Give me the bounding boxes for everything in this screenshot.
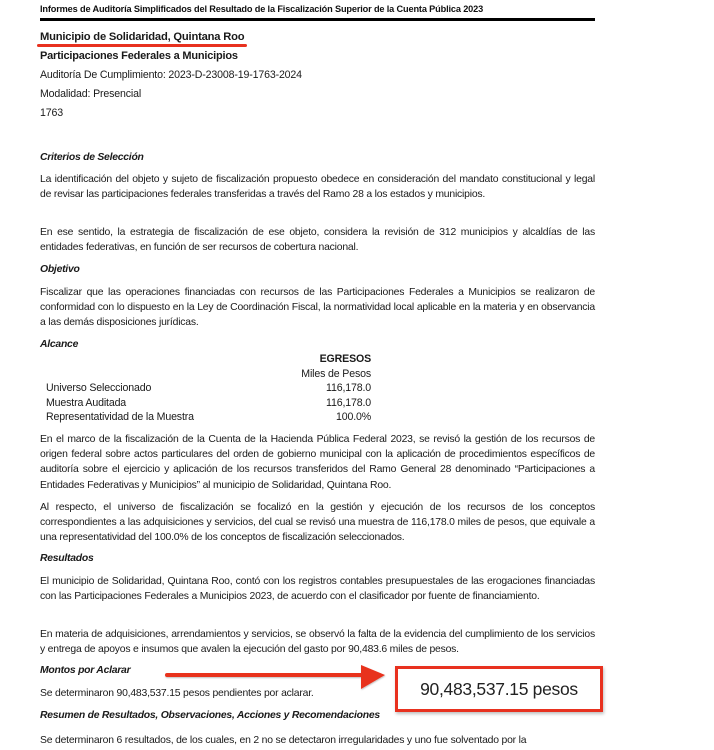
section-title-objetivo: Objetivo (40, 264, 80, 275)
paragraph-objetivo: Fiscalizar que las operaciones financiad… (40, 285, 595, 331)
row-label: Universo Seleccionado (46, 381, 151, 396)
paragraph-resultados-2: En materia de adquisiciones, arrendamien… (40, 627, 595, 657)
row-label: Representatividad de la Muestra (46, 410, 194, 425)
table-subheader-units: Miles de Pesos (46, 367, 371, 382)
section-title-criterios: Criterios de Selección (40, 152, 144, 163)
right-arrow-icon (163, 664, 388, 692)
row-label: Muestra Auditada (46, 396, 126, 411)
modalidad: Modalidad: Presencial (40, 88, 141, 100)
paragraph-criterios-1: La identificación del objeto y sujeto de… (40, 172, 595, 202)
table-row: Muestra Auditada 116,178.0 (46, 396, 371, 411)
auditoria-id: Auditoría De Cumplimiento: 2023-D-23008-… (40, 69, 302, 81)
paragraph-resultados-1: El municipio de Solidaridad, Quintana Ro… (40, 574, 595, 604)
section-title-montos: Montos por Aclarar (40, 665, 130, 676)
red-highlight-underline (37, 44, 247, 47)
paragraph-criterios-2: En ese sentido, la estrategia de fiscali… (40, 225, 595, 255)
callout-amount: 90,483,537.15 pesos (420, 679, 578, 700)
amount-callout-box: 90,483,537.15 pesos (395, 666, 603, 712)
row-value: 116,178.0 (326, 396, 371, 411)
table-row: Universo Seleccionado 116,178.0 (46, 381, 371, 396)
alcance-table: EGRESOS Miles de Pesos Universo Seleccio… (46, 352, 371, 425)
section-title-resumen: Resumen de Resultados, Observaciones, Ac… (40, 710, 380, 721)
programa-title: Participaciones Federales a Municipios (40, 50, 238, 62)
row-value: 116,178.0 (326, 381, 371, 396)
row-value: 100.0% (336, 410, 371, 425)
paragraph-alcance-1: En el marco de la fiscalización de la Cu… (40, 432, 595, 493)
paragraph-alcance-2: Al respecto, el universo de fiscalizació… (40, 500, 595, 546)
running-header: Informes de Auditoría Simplificados del … (40, 4, 595, 14)
section-title-resultados: Resultados (40, 553, 94, 564)
paragraph-resumen: Se determinaron 6 resultados, de los cua… (40, 733, 595, 748)
municipio-title: Municipio de Solidaridad, Quintana Roo (40, 31, 244, 43)
header-rule (40, 18, 595, 21)
table-header-egresos: EGRESOS (46, 352, 371, 367)
audit-number: 1763 (40, 107, 63, 119)
section-title-alcance: Alcance (40, 339, 78, 350)
table-row: Representatividad de la Muestra 100.0% (46, 410, 371, 425)
